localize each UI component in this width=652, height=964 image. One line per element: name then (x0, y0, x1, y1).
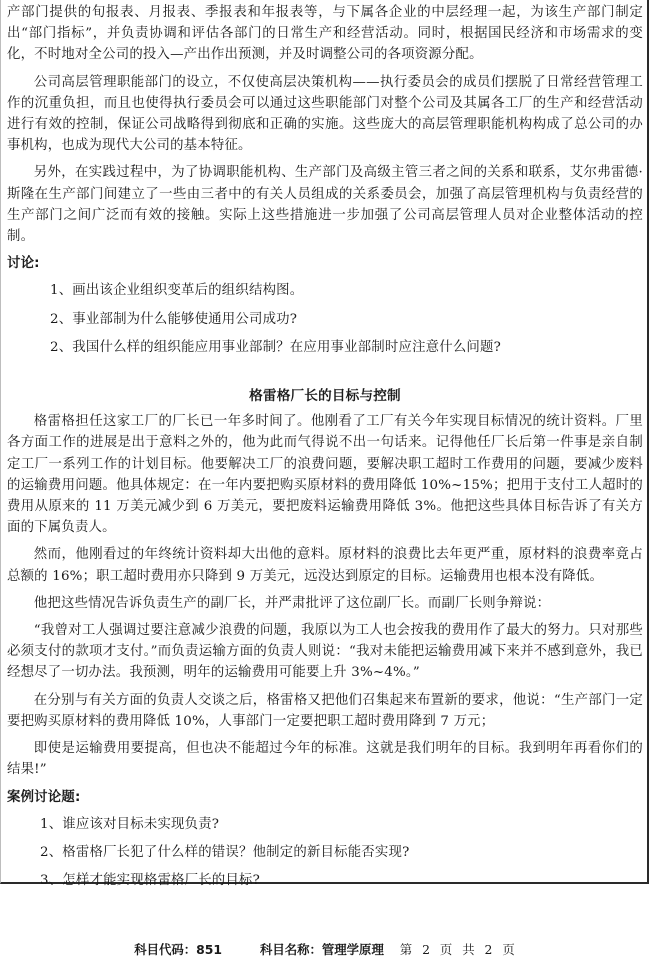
case-question-list: 1、谁应该对目标未实现负责? 2、格雷格厂长犯了什么样的错误？他制定的新目标能否… (7, 814, 643, 892)
page-footer: 科目代码：851 科目名称：管理学原理 第 2 页 共 2 页 (0, 940, 652, 958)
subject-name-label: 科目名称： (260, 942, 322, 957)
paragraph: 另外，在实践过程中，为了协调职能机构、生产部门及高级主管三者之间的关系和联系，艾… (7, 162, 643, 247)
document-body: 产部门提供的旬报表、月报表、季报表和年报表等，与下属各企业的中层经理一起，为该生… (7, 2, 643, 898)
discussion-question-list: 1、画出该企业组织变革后的组织结构图。 2、事业部制为什么能够使通用公司成功? … (7, 280, 643, 358)
subject-code-label: 科目代码： (134, 942, 196, 957)
paragraph: “我曾对工人强调过要注意减少浪费的问题，我原以为工人也会按我的费用作了最大的努力… (7, 620, 643, 684)
paragraph: 他把这些情况告诉负责生产的副厂长，并严肃批评了这位副厂长。而副厂长则争辩说： (7, 593, 643, 614)
case-title: 格雷格厂长的目标与控制 (7, 386, 643, 407)
paragraph: 在分别与有关方面的负责人交谈之后，格雷格又把他们召集起来布置新的要求，他说：“生… (7, 690, 643, 732)
case-question: 1、谁应该对目标未实现负责? (7, 814, 643, 835)
case-question: 3、怎样才能实现格雷格厂长的目标? (7, 870, 643, 891)
paragraph: 格雷格担任这家工厂的厂长已一年多时间了。他刚看了工厂有关今年实现目标情况的统计资… (7, 411, 643, 538)
case-discussion-heading: 案例讨论题: (7, 787, 643, 808)
paragraph: 然而，他刚看过的年终统计资料却大出他的意料。原材料的浪费比去年更严重，原材料的浪… (7, 544, 643, 586)
page-number: 第 2 页 共 2 页 (400, 942, 518, 957)
discussion-question: 2、我国什么样的组织能应用事业部制？在应用事业部制时应注意什么问题? (7, 337, 643, 358)
subject-name: 管理学原理 (322, 942, 384, 957)
case-question: 2、格雷格厂长犯了什么样的错误？他制定的新目标能否实现? (7, 842, 643, 863)
paragraph: 公司高层管理职能部门的设立，不仅使高层决策机构——执行委员会的成员们摆脱了日常经… (7, 72, 643, 157)
subject-code: 851 (196, 942, 222, 957)
discussion-question: 1、画出该企业组织变革后的组织结构图。 (7, 280, 643, 301)
discussion-question: 2、事业部制为什么能够使通用公司成功? (7, 309, 643, 330)
paragraph: 产部门提供的旬报表、月报表、季报表和年报表等，与下属各企业的中层经理一起，为该生… (7, 2, 643, 66)
discussion-heading: 讨论: (7, 253, 643, 274)
paragraph: 即使是运输费用要提高，但也决不能超过今年的标准。这就是我们明年的目标。我到明年再… (7, 738, 643, 780)
